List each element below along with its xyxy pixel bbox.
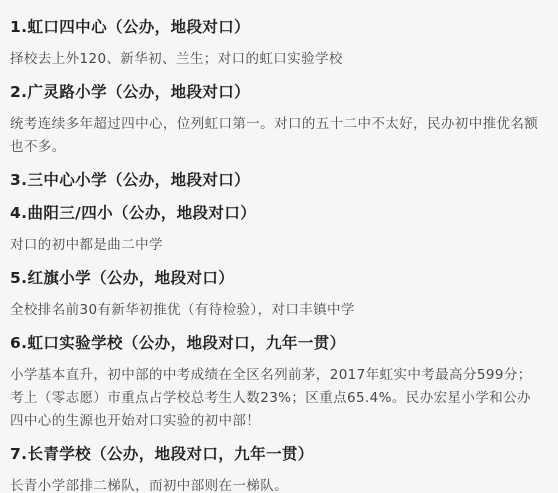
school-heading-2: 2.广灵路小学（公办，地段对口） [10,80,542,104]
school-note-6: 小学基本直升，初中部的中考成绩在全区名列前茅，2017年虹实中考最高分599分；… [10,364,542,433]
school-heading-5: 5.红旗小学（公办，地段对口） [10,266,542,290]
school-heading-3: 3.三中心小学（公办，地段对口） [10,168,542,192]
school-note-5: 全校排名前30有新华初推优（有待检验），对口丰镇中学 [10,299,542,322]
school-note-1: 择校去上外120、新华初、兰生；对口的虹口实验学校 [10,48,542,71]
school-heading-6: 6.虹口实验学校（公办，地段对口，九年一贯） [10,331,542,355]
school-note-7: 长青小学部排二梯队，而初中部则在一梯队。 [10,475,542,493]
school-note-2: 统考连续多年超过四中心，位列虹口第一。对口的五十二中不太好，民办初中推优名额也不… [10,113,542,159]
school-list-article: 1.虹口四中心（公办，地段对口） 择校去上外120、新华初、兰生；对口的虹口实验… [0,0,558,493]
school-heading-1: 1.虹口四中心（公办，地段对口） [10,15,542,39]
school-heading-7: 7.长青学校（公办，地段对口，九年一贯） [10,442,542,466]
school-note-4: 对口的初中都是曲二中学 [10,234,542,257]
school-heading-4: 4.曲阳三/四小（公办，地段对口） [10,201,542,225]
